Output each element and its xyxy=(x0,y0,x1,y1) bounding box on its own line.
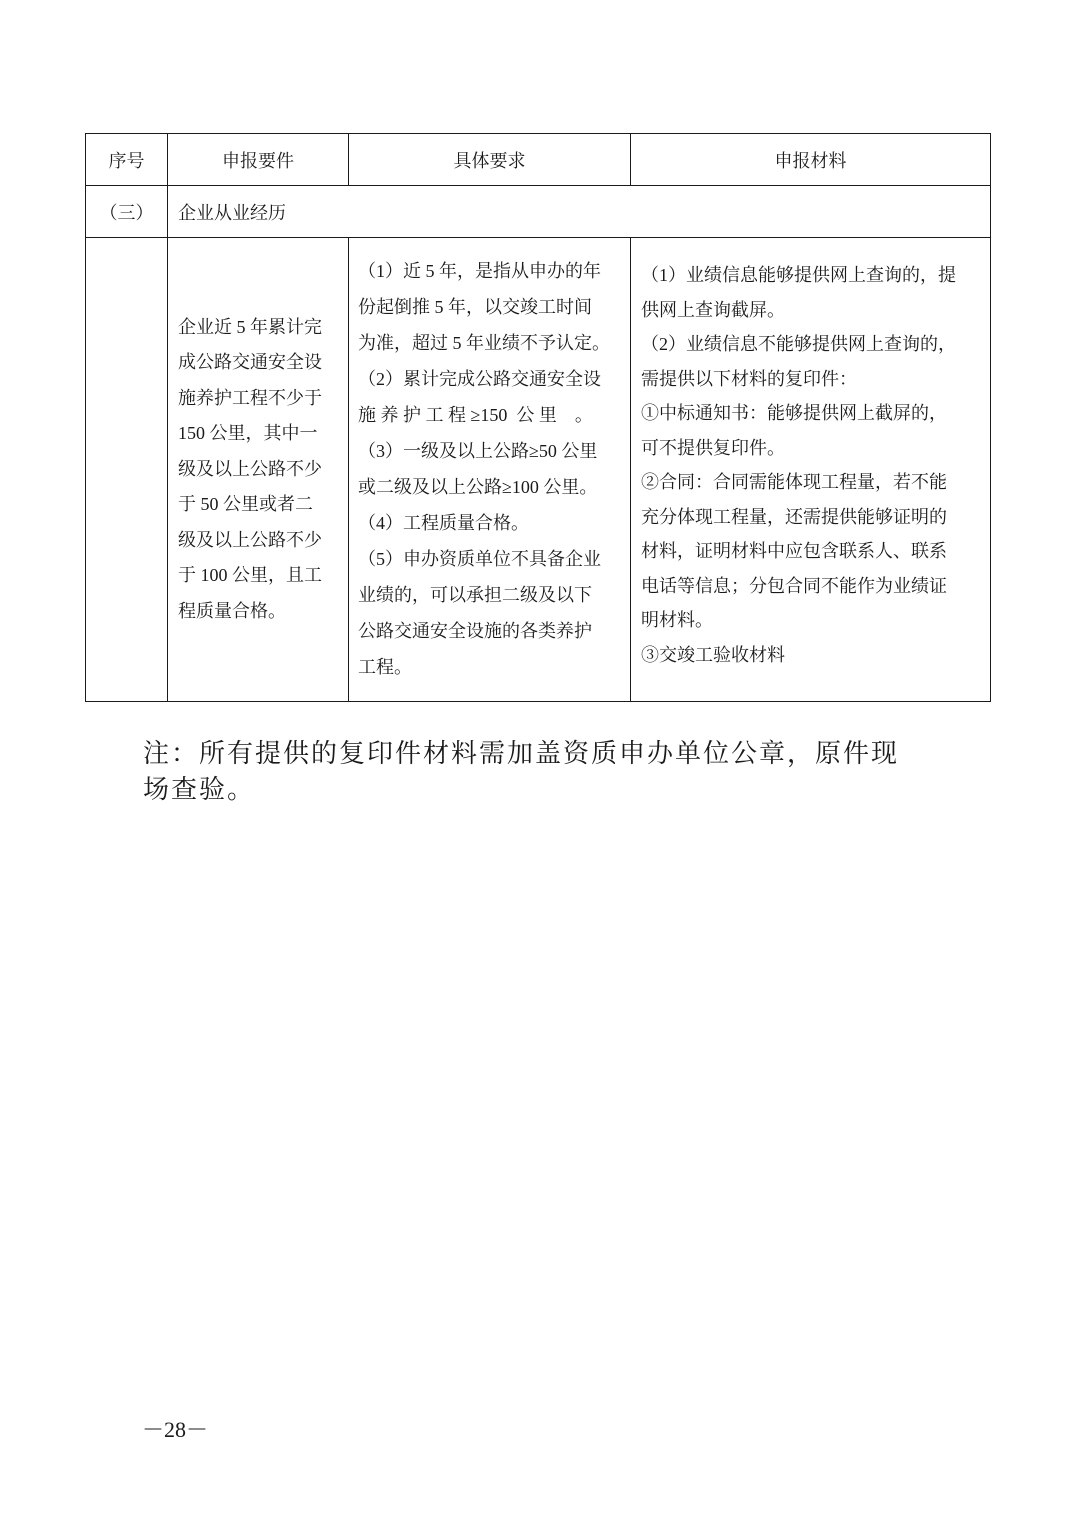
item-line: 企业近 5 年累计完 xyxy=(178,310,338,346)
material-line: （2）业绩信息不能够提供网上查询的， xyxy=(641,327,982,362)
detail-line: 施 养 护 工 程 ≥150 公 里 。 xyxy=(358,397,622,433)
item-line: 施养护工程不少于 xyxy=(178,381,338,417)
item-line: 150 公里，其中一 xyxy=(178,416,338,452)
detail-line: 业绩的，可以承担二级及以下 xyxy=(358,577,622,613)
footnote-line: 注：所有提供的复印件材料需加盖资质申办单位公章，原件现 xyxy=(143,736,943,772)
material-line: 明材料。 xyxy=(641,603,982,638)
material-line: ③交竣工验收材料 xyxy=(641,638,982,673)
row-number xyxy=(86,238,168,702)
header-application-item: 申报要件 xyxy=(168,134,349,186)
header-serial-number: 序号 xyxy=(86,134,168,186)
item-line: 于 100 公里，且工 xyxy=(178,558,338,594)
footnote: 注：所有提供的复印件材料需加盖资质申办单位公章，原件现 场查验。 xyxy=(143,736,943,808)
item-line: 级及以上公路不少 xyxy=(178,452,338,488)
detail-line: （3）一级及以上公路≥50 公里 xyxy=(358,433,622,469)
item-line: 于 50 公里或者二 xyxy=(178,487,338,523)
detail-line: （2）累计完成公路交通安全设 xyxy=(358,361,622,397)
item-line: 级及以上公路不少 xyxy=(178,523,338,559)
material-line: 充分体现工程量，还需提供能够证明的 xyxy=(641,500,982,535)
item-line: 成公路交通安全设 xyxy=(178,345,338,381)
detail-line: 或二级及以上公路≥100 公里。 xyxy=(358,469,622,505)
table-header-row: 序号 申报要件 具体要求 申报材料 xyxy=(86,134,991,186)
table-row: 企业近 5 年累计完 成公路交通安全设 施养护工程不少于 150 公里，其中一 … xyxy=(86,238,991,702)
detail-cell: （1）近 5 年，是指从申办的年 份起倒推 5 年，以交竣工时间 为准，超过 5… xyxy=(349,238,631,702)
detail-line: 为准，超过 5 年业绩不予认定。 xyxy=(358,325,622,361)
header-specific-requirements: 具体要求 xyxy=(349,134,631,186)
requirements-table: 序号 申报要件 具体要求 申报材料 （三） 企业从业经历 企业近 5 年累计完 … xyxy=(85,133,991,702)
material-line: 供网上查询截屏。 xyxy=(641,293,982,328)
materials-cell: （1）业绩信息能够提供网上查询的，提 供网上查询截屏。 （2）业绩信息不能够提供… xyxy=(631,238,991,702)
detail-line: （4）工程质量合格。 xyxy=(358,505,622,541)
detail-line: 工程。 xyxy=(358,649,622,685)
material-line: ②合同：合同需能体现工程量，若不能 xyxy=(641,465,982,500)
material-line: 需提供以下材料的复印件： xyxy=(641,362,982,397)
detail-line: 公路交通安全设施的各类养护 xyxy=(358,613,622,649)
material-line: ①中标通知书：能够提供网上截屏的， xyxy=(641,396,982,431)
item-line: 程质量合格。 xyxy=(178,594,338,630)
detail-line: 份起倒推 5 年，以交竣工时间 xyxy=(358,289,622,325)
material-line: 材料，证明材料中应包含联系人、联系 xyxy=(641,534,982,569)
header-application-materials: 申报材料 xyxy=(631,134,991,186)
material-line: 可不提供复印件。 xyxy=(641,431,982,466)
footnote-line: 场查验。 xyxy=(143,772,943,808)
detail-line: （5）申办资质单位不具备企业 xyxy=(358,541,622,577)
page-number: －28－ xyxy=(142,1413,208,1444)
item-cell: 企业近 5 年累计完 成公路交通安全设 施养护工程不少于 150 公里，其中一 … xyxy=(168,238,349,702)
section-number: （三） xyxy=(86,186,168,238)
section-row: （三） 企业从业经历 xyxy=(86,186,991,238)
material-line: 电话等信息；分包合同不能作为业绩证 xyxy=(641,569,982,604)
detail-line: （1）近 5 年，是指从申办的年 xyxy=(358,253,622,289)
material-line: （1）业绩信息能够提供网上查询的，提 xyxy=(641,258,982,293)
section-title: 企业从业经历 xyxy=(168,186,991,238)
document-page: 序号 申报要件 具体要求 申报材料 （三） 企业从业经历 企业近 5 年累计完 … xyxy=(0,0,1074,1520)
